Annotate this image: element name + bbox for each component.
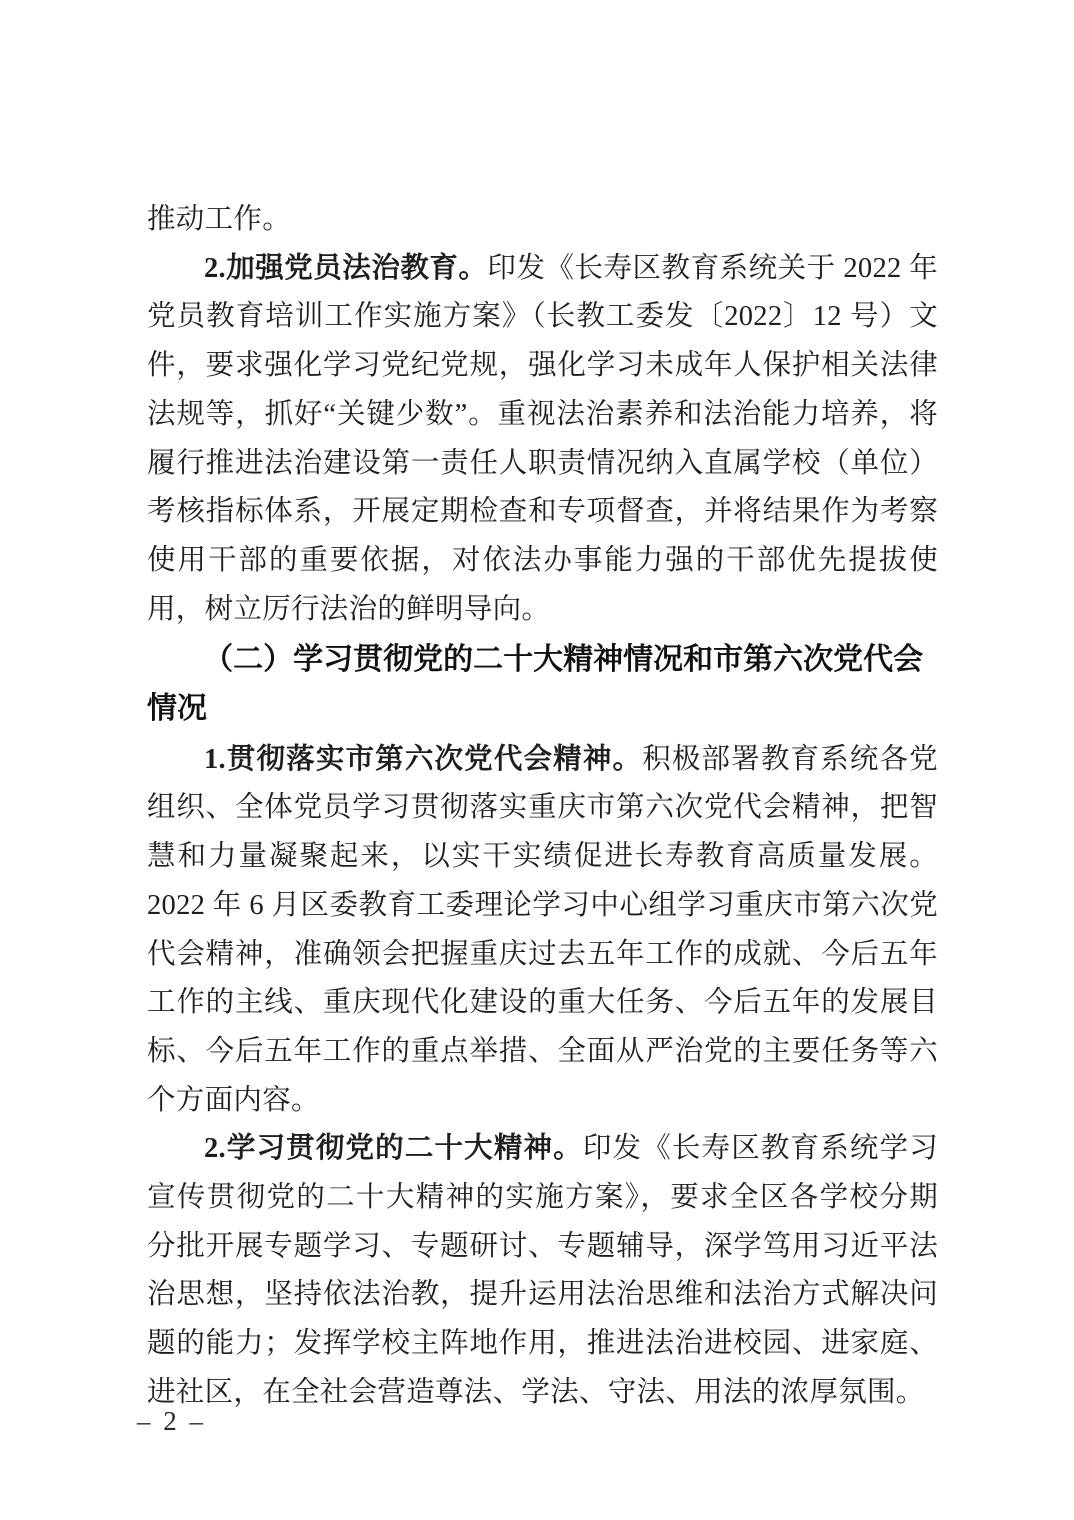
paragraph-party-member-law-education: 2.加强党员法治教育。印发《长寿区教育系统关于 2022 年党员教育培训工作实施… bbox=[147, 245, 938, 635]
paragraph-text: 积极部署教育系统各党组织、全体党员学习贯彻落实重庆市第六次党代会精神，把智慧和力… bbox=[147, 744, 938, 1116]
document-body: 推动工作。 2.加强党员法治教育。印发《长寿区教育系统关于 2022 年党员教育… bbox=[147, 196, 938, 1418]
document-page: 推动工作。 2.加强党员法治教育。印发《长寿区教育系统关于 2022 年党员教育… bbox=[0, 0, 1074, 1520]
paragraph-text: 印发《长寿区教育系统学习宣传贯彻党的二十大精神的实施方案》，要求全区各学校分期分… bbox=[147, 1133, 938, 1408]
page-number: – 2 – bbox=[137, 1406, 206, 1437]
paragraph-implement-sixth-party-congress: 1.贯彻落实市第六次党代会精神。积极部署教育系统各党组织、全体党员学习贯彻落实重… bbox=[147, 736, 938, 1126]
paragraph-study-20th-congress-spirit: 2.学习贯彻党的二十大精神。印发《长寿区教育系统学习宣传贯彻党的二十大精神的实施… bbox=[147, 1125, 938, 1417]
section-heading-study-20th-congress: （二）学习贯彻党的二十大精神情况和市第六次党代会情况 bbox=[147, 636, 938, 733]
run-in-heading-implement-congress-spirit: 1.贯彻落实市第六次党代会精神。 bbox=[204, 744, 642, 775]
paragraph-continuation: 推动工作。 bbox=[147, 196, 938, 245]
paragraph-text: 印发《长寿区教育系统关于 2022 年党员教育培训工作实施方案》（长教工委发〔2… bbox=[147, 253, 938, 625]
run-in-heading-study-congress-spirit: 2.学习贯彻党的二十大精神。 bbox=[204, 1133, 583, 1164]
run-in-heading-strengthen-law-education: 2.加强党员法治教育。 bbox=[204, 253, 487, 284]
